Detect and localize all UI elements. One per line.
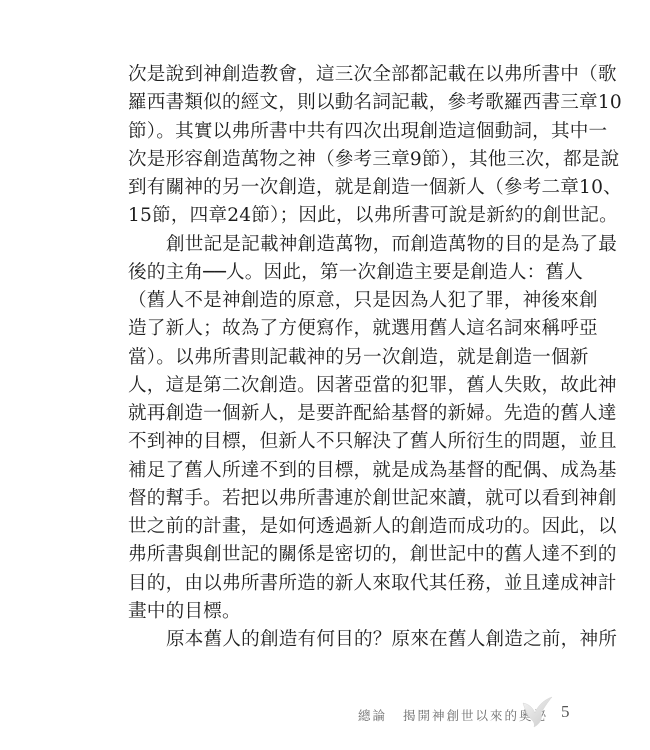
- book-page: 次是說到神創造教會，這三次全部都記載在以弗所書中（歌羅西書類似的經文，則以動名詞…: [0, 0, 650, 750]
- text-line: 節）。其實以弗所書中共有四次出現創造這個動詞，其中一: [128, 118, 520, 146]
- body-text: 次是說到神創造教會，這三次全部都記載在以弗所書中（歌羅西書類似的經文，則以動名詞…: [128, 61, 520, 654]
- text-line: 弗所書與創世記的關係是密切的，創世記中的舊人達不到的: [128, 541, 520, 569]
- text-line: （舊人不是神創造的原意，只是因為人犯了罪，神後來創: [128, 287, 520, 315]
- text-line: 不到神的目標，但新人不只解決了舊人所衍生的問題，並且: [128, 428, 520, 456]
- page-footer: 總論揭開神創世以來的奧祕 5: [0, 700, 650, 730]
- text-line: 到有關神的另一次創造，就是創造一個新人（參考二章10、: [128, 174, 520, 202]
- section-label: 總論: [358, 708, 387, 723]
- text-line: 督的幫手。若把以弗所書連於創世記來讀，就可以看到神創: [128, 485, 520, 513]
- text-line: 次是形容創造萬物之神（參考三章9節），其他三次，都是說: [128, 146, 520, 174]
- text-line: 人，這是第二次創造。因著亞當的犯罪，舊人失敗，故此神: [128, 372, 520, 400]
- text-line: 目的，由以弗所書所造的新人來取代其任務，並且達成神計: [128, 570, 520, 598]
- text-line: 原本舊人的創造有何目的？原來在舊人創造之前，神所: [128, 626, 520, 654]
- text-line: 補足了舊人所達不到的目標，就是成為基督的配偶、成為基: [128, 457, 520, 485]
- text-line: 次是說到神創造教會，這三次全部都記載在以弗所書中（歌: [128, 61, 520, 89]
- text-line: 後的主角──人。因此，第一次創造主要是創造人：舊人: [128, 259, 520, 287]
- text-line: 15節，四章24節）；因此，以弗所書可說是新約的創世記。: [128, 202, 520, 230]
- text-line: 當）。以弗所書則記載神的另一次創造，就是創造一個新: [128, 344, 520, 372]
- text-line: 畫中的目標。: [128, 598, 520, 626]
- text-line: 羅西書類似的經文，則以動名詞記載，參考歌羅西書三章10: [128, 89, 520, 117]
- text-line: 就再創造一個新人，是要許配給基督的新婦。先造的舊人達: [128, 400, 520, 428]
- dove-icon: [519, 694, 555, 730]
- text-line: 創世記是記載神創造萬物，而創造萬物的目的是為了最: [128, 231, 520, 259]
- text-line: 造了新人；故為了方便寫作，就選用舊人這名詞來稱呼亞: [128, 315, 520, 343]
- text-line: 世之前的計畫，是如何透過新人的創造而成功的。因此，以: [128, 513, 520, 541]
- page-number: 5: [561, 702, 570, 722]
